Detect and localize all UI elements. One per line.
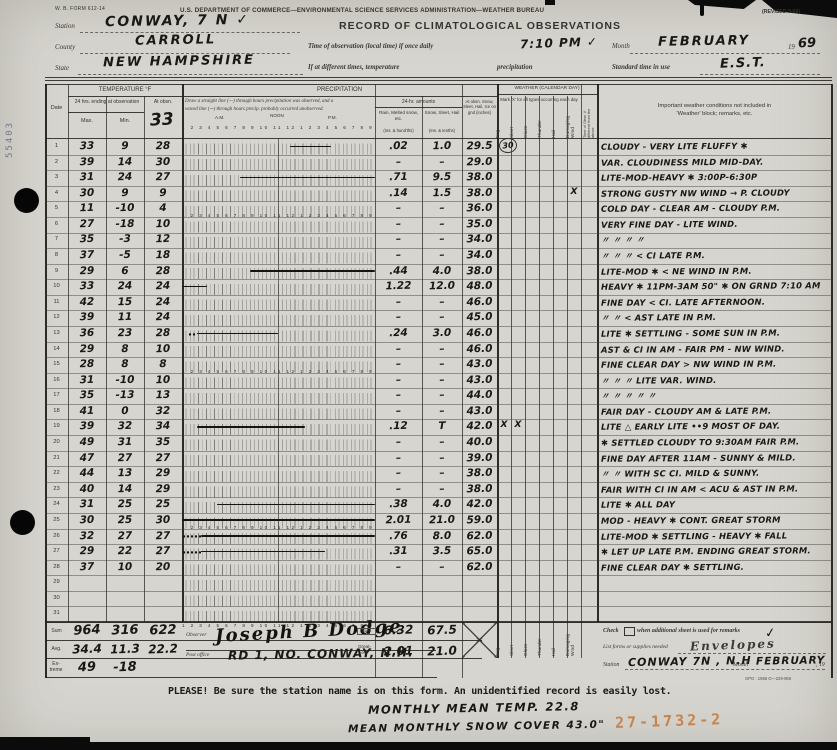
at-obsn-temp-cell: 13 (144, 388, 182, 404)
snow-on-ground-cell: 46.0 (462, 341, 497, 357)
snow-amount-cell: T (422, 419, 462, 435)
snow-amount-cell: – (422, 388, 462, 404)
min-temp-cell: -5 (106, 248, 144, 264)
rain-col-header: Rain, Melted snow, etc. (376, 110, 421, 121)
precip-timeline-mark (250, 270, 376, 272)
date-cell: 22 (45, 470, 68, 476)
at-obsn-temp-cell: 30 (144, 154, 182, 170)
min-temp-cell: 9 (106, 139, 144, 155)
date-cell: 29 (45, 579, 68, 585)
remark-cell: CLOUDY - VERY LITE FLUFFY ✱ (601, 138, 830, 155)
remark-cell: FAIR WITH CI IN AM < ACU & AST IN P.M. (601, 481, 830, 498)
at-obsn-temp-cell: 10 (144, 341, 182, 357)
rain-amount-cell: – (375, 403, 422, 419)
weather-footer-column-labels: FogSleetGlazeThunderHailDamaging Wind (497, 624, 581, 656)
date-cell: 19 (45, 423, 68, 429)
max-temp-cell: 33 (68, 139, 106, 155)
max-temp-cell: 40 (68, 481, 106, 497)
temp-title: TEMPERATURE °F (68, 87, 182, 93)
max-temp-cell: 27 (68, 216, 106, 232)
crossed-out-box (462, 622, 497, 658)
date-cell: 20 (45, 439, 68, 445)
at-obsn-temp-cell: 28 (144, 263, 182, 279)
date-cell: 1 (45, 143, 68, 149)
max-temp-cell: 31 (68, 497, 106, 513)
date-cell: 26 (45, 533, 68, 539)
date-col-header: Date (45, 105, 68, 111)
min-temp-cell: -13 (106, 388, 144, 404)
snow-on-ground-cell: 35.0 (462, 216, 497, 232)
date-cell: 27 (45, 548, 68, 554)
snow-amount-cell: 9.5 (422, 170, 462, 186)
snow-on-ground-cell: 38.0 (462, 170, 497, 186)
snow-amount-cell: – (422, 450, 462, 466)
at-obsn-header-handwritten: 33 (149, 109, 174, 130)
remark-cell: LITE-MOD-HEAVY ✱ 3:00P-6:30P (601, 169, 830, 186)
accession-stamp: 27-1732-2 (615, 710, 724, 732)
rain-amount-cell: – (375, 154, 422, 170)
min-temp-cell: 27 (106, 528, 144, 544)
weather-col-label-glaze: Glaze (525, 106, 539, 138)
snow-amount-cell: – (422, 154, 462, 170)
date-cell: 13 (45, 330, 68, 336)
date-cell: 24 (45, 501, 68, 507)
year-value: 69 (798, 36, 817, 52)
snow-on-ground-cell: 38.0 (462, 185, 497, 201)
snow-on-ground-cell: 39.0 (462, 450, 497, 466)
min-temp-cell: 15 (106, 294, 144, 310)
min-temp-cell: 32 (106, 419, 144, 435)
remark-cell: STRONG GUSTY NW WIND → P. CLOUDY (601, 185, 830, 202)
punch-hole-bottom (10, 510, 35, 535)
remark-cell: 〃 〃 〃 < CI LATE P.M. (601, 247, 830, 264)
snow-amount-cell: – (422, 372, 462, 388)
at-obsn-temp-cell: 20 (144, 559, 182, 575)
remark-cell: 〃 〃 〃 〃 〃 (601, 387, 830, 404)
at-obsn-temp-cell: 4 (144, 201, 182, 217)
date-cell: 18 (45, 408, 68, 414)
gpo-imprint: GPO : 1966 O—229-959 (745, 676, 791, 681)
precip-timeline-mark (182, 551, 201, 554)
date-cell: 3 (45, 174, 68, 180)
station-label: Station (55, 22, 75, 30)
remark-cell: VAR. CLOUDINESS MILD MID-DAY. (601, 154, 830, 171)
snow-amount-cell: – (422, 466, 462, 482)
snow-amount-cell: – (422, 341, 462, 357)
rain-amount-cell: – (375, 201, 422, 217)
please-notice: PLEASE! Be sure the station name is on t… (168, 686, 671, 697)
snow-amount-cell: 1.5 (422, 185, 462, 201)
snow-on-ground-cell: 43.0 (462, 357, 497, 373)
min-temp-cell: 31 (106, 435, 144, 451)
form-title: RECORD OF CLIMATOLOGICAL OBSERVATIONS (310, 20, 650, 32)
min-temp-cell: 24 (106, 170, 144, 186)
rain-amount-cell: – (375, 310, 422, 326)
snow-amount-cell: 3.5 (422, 544, 462, 560)
date-cell: 14 (45, 346, 68, 352)
state-value: NEW HAMPSHIRE (103, 53, 255, 71)
precip-sum-snow-value: 67.5 (422, 622, 462, 637)
max-temp-cell: 44 (68, 466, 106, 482)
weather-col-label-fog: Fog (497, 106, 511, 138)
rain-amount-cell: 2.01 (375, 512, 422, 528)
min-temp-cell: -10 (106, 372, 144, 388)
row-line (45, 575, 832, 576)
rain-amount-cell: .14 (375, 185, 422, 201)
at-obsn-temp-cell: 27 (144, 544, 182, 560)
rain-amount-cell: .44 (375, 263, 422, 279)
min-temp-cell: 8 (106, 357, 144, 373)
snow-on-ground-cell: 29.5 (462, 139, 497, 155)
snow-on-ground-cell: 42.0 (462, 497, 497, 513)
remark-cell: FINE CLEAR DAY ✱ SETTLING. (601, 559, 830, 576)
state-label: State (55, 64, 69, 72)
remark-cell: MOD - HEAVY ✱ CONT. GREAT STORM (601, 512, 830, 529)
temp-sub-header: 24 hrs. ending at observation (70, 99, 144, 106)
at-obsn-temp-cell: 27 (144, 170, 182, 186)
min-temp-cell: 27 (106, 450, 144, 466)
remark-cell: LITE-MOD ✱ SETTLING - HEAVY ✱ FALL (601, 528, 830, 545)
precip-timeline-mark (188, 333, 198, 336)
snow-amount-cell: – (422, 216, 462, 232)
weather-col-label-hail: Hail (553, 624, 567, 656)
precip-timeline-mark (182, 519, 375, 521)
min-temp-cell: 24 (106, 279, 144, 295)
max-temp-cell: 32 (68, 528, 106, 544)
date-cell: 9 (45, 268, 68, 274)
check-note-suffix: when additional sheet is used for remark… (637, 628, 740, 634)
hour-ticks-strip: 1 2 3 4 5 6 7 8 9 10 11 12 1 2 3 4 5 6 7… (182, 213, 375, 218)
date-cell: 28 (45, 564, 68, 570)
remark-cell: ✱ LET UP LATE P.M. ENDING GREAT STORM. (601, 543, 830, 560)
rain-amount-cell: – (375, 450, 422, 466)
date-cell: 25 (45, 517, 68, 523)
snow-on-ground-cell: 38.0 (462, 466, 497, 482)
snow-amount-cell: – (422, 232, 462, 248)
at-obsn-temp-cell: 9 (144, 185, 182, 201)
max-col-header: Max. (68, 118, 106, 124)
min-temp-cell: 22 (106, 544, 144, 560)
rain-amount-cell: 1.22 (375, 279, 422, 295)
min-temp-cell: 6 (106, 263, 144, 279)
snow-col-units: (Ins. & tenths) (423, 128, 461, 133)
min-temp-cell: 9 (106, 185, 144, 201)
rain-amount-cell: .12 (375, 419, 422, 435)
at-obsn-temp-cell: 12 (144, 232, 182, 248)
weather-title-rule (497, 94, 597, 95)
at-obsn-temp-cell: 10 (144, 216, 182, 232)
check-box[interactable] (624, 627, 635, 636)
at-obsn-temp-cell: 29 (144, 466, 182, 482)
at-obsn-temp-cell: 34 (144, 419, 182, 435)
max-temp-cell: 30 (68, 185, 106, 201)
snow-on-ground-cell: 59.0 (462, 512, 497, 528)
amounts-title: 24-hr. amounts (375, 99, 462, 105)
snow-amount-cell: 12.0 (422, 279, 462, 295)
max-temp-cell: 33 (68, 279, 106, 295)
table-top-border (45, 84, 832, 85)
min-temp-cell: -3 (106, 232, 144, 248)
snow-amount-cell: 21.0 (422, 512, 462, 528)
observer-label: Observer (186, 632, 206, 638)
sum-min-value: 316 (106, 622, 145, 638)
rain-amount-cell: – (375, 341, 422, 357)
time-obsn-col-header: Time of Obsn. if different from the abov… (583, 98, 595, 138)
header-rule-2 (45, 80, 832, 81)
greatest-snow-value: 21.0 (422, 643, 462, 658)
snow-amount-cell: 4.0 (422, 497, 462, 513)
remark-cell: COLD DAY - CLEAR AM - CLOUDY P.M. (601, 201, 830, 218)
noon-label: NOON (270, 113, 284, 118)
rain-amount-cell: .71 (375, 170, 422, 186)
weather-title: WEATHER (CALENDAR DAY) (497, 86, 597, 91)
max-temp-cell: 28 (68, 357, 106, 373)
snow-amount-cell: – (422, 403, 462, 419)
remark-cell: LITE ✱ SETTLING - SOME SUN IN P.M. (601, 325, 830, 342)
rain-amount-cell: .02 (375, 138, 422, 154)
max-temp-cell: 29 (68, 341, 106, 357)
max-temp-cell: 30 (68, 512, 106, 528)
county-label: County (55, 43, 75, 51)
snow-on-ground-cell: 29.0 (462, 154, 497, 170)
remark-cell: HEAVY ✱ 11PM-3AM 50" ✱ ON GRND 7:10 AM (601, 278, 830, 295)
sum-atobsn-value: 622 (144, 622, 183, 638)
month-label: Month (612, 43, 630, 50)
date-cell: 15 (45, 361, 68, 367)
weather-x-mark-sleet: X (511, 420, 525, 430)
revised-note: (REVISED 9-66) (762, 9, 800, 15)
date-cell: 7 (45, 236, 68, 242)
col-sep-remarks (597, 84, 599, 622)
mean-snow-cover-note: MEAN MONTHLY SNOW COVER 43.0" (348, 719, 605, 735)
rain-amount-cell: – (375, 388, 422, 404)
precip-title-rule (182, 96, 497, 97)
station-value: CONWAY, 7 N ✓ (105, 12, 250, 31)
snow-on-ground-cell: 34.0 (462, 232, 497, 248)
precip-sum-label: Sum (357, 628, 376, 635)
weather-column-labels: FogSleetGlazeThunderHailDamaging Wind (497, 106, 581, 138)
wx-sep-3 (539, 96, 540, 658)
weather-col-label-sleet: Sleet (511, 106, 525, 138)
rain-amount-cell: .76 (375, 528, 422, 544)
precip-title: PRECIPITATION (182, 87, 497, 93)
snow-on-ground-cell: 43.0 (462, 403, 497, 419)
wx-sep-4 (553, 96, 554, 658)
rain-amount-cell: – (375, 356, 422, 372)
max-temp-cell: 39 (68, 310, 106, 326)
min-temp-cell: 0 (106, 403, 144, 419)
at-obsn-temp-cell: 24 (144, 294, 182, 310)
bottom-station-label: Station (603, 662, 619, 668)
weather-col-label-damaging-wind: Damaging Wind (567, 106, 581, 138)
snow-on-ground-cell: 42.0 (462, 419, 497, 435)
remarks-header-line1: Important weather conditions not include… (597, 103, 832, 109)
precip-sum-rain-value: 6.32 (375, 622, 422, 638)
min-temp-cell: -18 (106, 216, 144, 232)
time-obs-label: Time of observation (local time) if once… (308, 43, 433, 50)
std-time-underline (700, 73, 820, 75)
avg-min-value: 11.3 (106, 641, 144, 656)
max-temp-cell: 49 (68, 435, 106, 451)
month-value: FEBRUARY (658, 33, 750, 50)
precip-instruction-2: waved line (∼) through hours precip. pro… (185, 106, 373, 112)
bottom-scan-bar (0, 742, 837, 750)
min-temp-cell: 14 (106, 481, 144, 497)
gnd-col-header: At obsn. Snow, Sleet, Hail, Ice on gnd (… (463, 99, 496, 115)
date-cell: 10 (45, 283, 68, 289)
rain-amount-cell: – (375, 559, 422, 575)
max-temp-cell: 29 (68, 544, 106, 560)
max-temp-cell: 37 (68, 248, 106, 264)
date-cell: 17 (45, 392, 68, 398)
remark-cell: 〃 〃 〃 〃 (601, 232, 830, 249)
min-temp-cell: 14 (106, 154, 144, 170)
remark-cell: LITE △ EARLY LITE ••9 MOST OF DAY. (601, 419, 830, 436)
rain-amount-cell: – (375, 294, 422, 310)
remark-cell: 〃 〃 〃 LITE VAR. WIND. (601, 372, 830, 389)
max-temp-cell: 42 (68, 294, 106, 310)
remark-cell: FINE DAY < CI. LATE AFTERNOON. (601, 294, 830, 311)
std-time-label: Standard time in use (612, 64, 670, 71)
weather-col-label-sleet: Sleet (511, 624, 525, 656)
year-prefix: 19 (788, 44, 795, 51)
hour-ticks-header: 1 2 3 4 5 6 7 8 9 10 11 12 1 2 3 4 5 6 7… (182, 125, 375, 130)
extreme-row-label: Ex-treme (46, 661, 66, 673)
snow-on-ground-cell: 40.0 (462, 435, 497, 451)
at-obsn-temp-cell: 27 (144, 528, 182, 544)
max-temp-cell: 39 (68, 419, 106, 435)
max-temp-cell: 35 (68, 232, 106, 248)
remark-cell: FINE DAY AFTER 11AM - SUNNY & MILD. (601, 450, 830, 467)
time-obs-value: 7:10 PM ✓ (520, 35, 598, 52)
at-obsn-temp-cell: 24 (144, 310, 182, 326)
pm-label: P.M. (328, 115, 337, 120)
snow-amount-cell: 3.0 (422, 325, 462, 341)
weather-col-label-damaging-wind: Damaging Wind (567, 624, 581, 656)
rain-amount-cell: – (375, 434, 422, 450)
min-temp-cell: 8 (106, 341, 144, 357)
precip-instruction-1: Draw a straight line (—) through hours p… (185, 99, 373, 104)
scan-artifact-top-dash (545, 0, 555, 5)
row-line (45, 606, 832, 607)
snow-on-ground-cell: 46.0 (462, 294, 497, 310)
microfilm-number: 55403 (6, 88, 15, 158)
snow-on-ground-cell: 62.0 (462, 528, 497, 544)
wx-sep-2 (525, 96, 526, 658)
precip-timeline-mark (197, 333, 278, 335)
date-cell: 12 (45, 314, 68, 320)
snow-amount-cell: 1.0 (422, 138, 462, 154)
sum-row-label: Sum (45, 628, 68, 634)
at-obsn-temp-cell: 35 (144, 435, 182, 451)
remark-cell: LITE-MOD ✱ < NE WIND IN P.M. (601, 263, 830, 280)
date-cell: 31 (45, 610, 68, 616)
min-temp-cell: 23 (106, 325, 144, 341)
monthly-mean-temp-note: MONTHLY MEAN TEMP. 22.8 (368, 699, 580, 717)
at-obsn-temp-cell: 24 (144, 279, 182, 295)
at-obsn-temp-cell: 10 (144, 372, 182, 388)
date-cell: 6 (45, 221, 68, 227)
min-temp-cell: 11 (106, 310, 144, 326)
remarks-header-line2: 'Weather' block; remarks, etc. (597, 111, 832, 117)
date-cell: 21 (45, 455, 68, 461)
rain-amount-cell: – (375, 216, 422, 232)
snow-on-ground-cell: 38.0 (462, 481, 497, 497)
wx-sep-5 (567, 96, 568, 658)
header-rule-1 (45, 77, 832, 78)
precip-timeline-mark (290, 146, 331, 148)
at-obsn-temp-cell: 29 (144, 481, 182, 497)
temp-sub-rule (68, 112, 144, 113)
snow-on-ground-cell: 45.0 (462, 310, 497, 326)
scanned-climatological-form: 55403 W. B. FORM 612-14 U.S. DEPARTMENT … (0, 0, 837, 750)
bottom-station-underline (625, 668, 825, 670)
date-cell: 2 (45, 159, 68, 165)
precip-alt-label: precipitation (497, 64, 533, 71)
min-temp-cell: 25 (106, 497, 144, 513)
punch-hole-top (14, 188, 39, 213)
max-temp-cell: 29 (68, 263, 106, 279)
row1-circled-note: 30 (498, 137, 517, 154)
snow-on-ground-cell: 44.0 (462, 388, 497, 404)
date-cell: 8 (45, 252, 68, 258)
snow-on-ground-cell: 65.0 (462, 544, 497, 560)
snow-on-ground-cell: 34.0 (462, 248, 497, 264)
snow-amount-cell: 8.0 (422, 528, 462, 544)
month-underline (630, 52, 820, 54)
bottom-scan-bar-left (0, 737, 90, 750)
temp-title-rule (68, 96, 182, 97)
remark-cell: FAIR DAY - CLOUDY AM & LATE P.M. (601, 403, 830, 420)
post-office-label: Post office (186, 652, 209, 658)
rain-amount-cell: – (375, 232, 422, 248)
min-col-header: Min. (106, 118, 144, 124)
greatest-label: Great-est (355, 644, 374, 655)
date-cell: 5 (45, 205, 68, 211)
max-temp-cell: 37 (68, 559, 106, 575)
date-cell: 4 (45, 190, 68, 196)
snow-on-ground-cell: 46.0 (462, 325, 497, 341)
snow-amount-cell: – (422, 248, 462, 264)
at-obsn-col-header: At obsn. (144, 99, 182, 105)
snow-on-ground-cell: 36.0 (462, 201, 497, 217)
amounts-rule (375, 107, 462, 108)
hour-ticks-strip: 1 2 3 4 5 6 7 8 9 10 11 12 1 2 3 4 5 6 7… (182, 369, 375, 374)
row-line (45, 591, 832, 592)
rain-col-units: (Ins. & hund'ths) (376, 128, 421, 133)
forms-needed-value: Envelopes (690, 637, 776, 654)
rain-amount-cell: – (375, 481, 422, 497)
max-temp-cell: 31 (68, 170, 106, 186)
avg-row-label: Avg. (45, 646, 68, 652)
max-temp-cell: 39 (68, 154, 106, 170)
precip-timeline-mark (197, 426, 305, 428)
weather-x-mark-damaging-wind: X (567, 187, 581, 197)
agency-line: U.S. DEPARTMENT OF COMMERCE—ENVIRONMENTA… (180, 7, 740, 14)
avg-atobsn-value: 22.2 (144, 641, 182, 656)
snow-amount-cell: – (422, 201, 462, 217)
max-temp-cell: 35 (68, 388, 106, 404)
max-temp-cell: 41 (68, 403, 106, 419)
at-obsn-temp-cell: 8 (144, 357, 182, 373)
weather-col-label-thunder: Thunder (539, 624, 553, 656)
at-obsn-temp-cell: 30 (144, 512, 182, 528)
weather-col-label-glaze: Glaze (525, 624, 539, 656)
min-temp-cell: 25 (106, 512, 144, 528)
max-temp-cell: 36 (68, 325, 106, 341)
min-temp-cell: -10 (106, 201, 144, 217)
min-temp-cell: 10 (106, 559, 144, 575)
